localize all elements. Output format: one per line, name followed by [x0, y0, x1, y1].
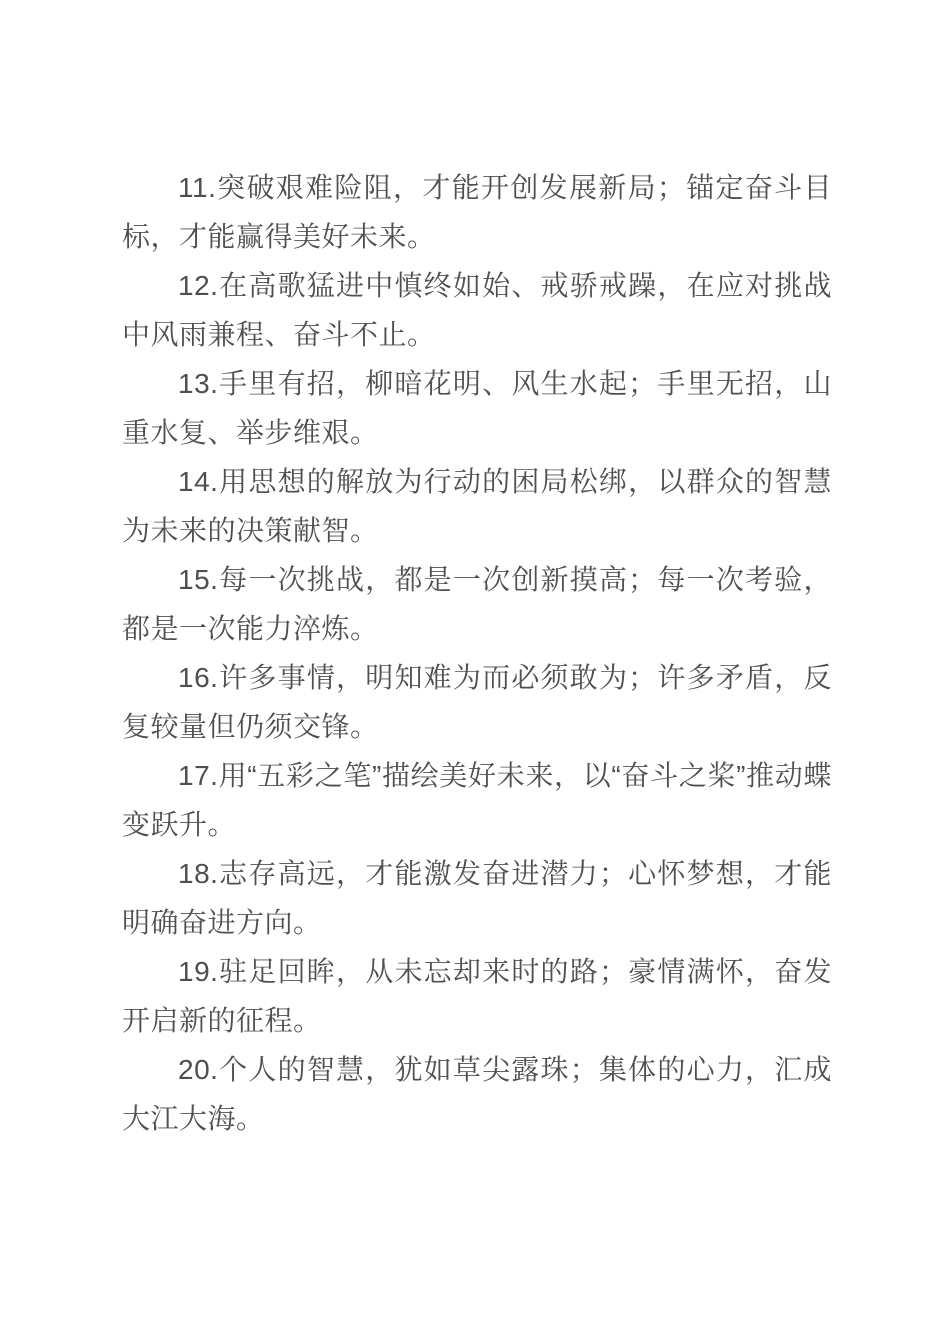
- paragraph-20: 20.个人的智慧，犹如草尖露珠；集体的心力，汇成大江大海。: [122, 1045, 832, 1143]
- document-page: 11.突破艰难险阻，才能开创发展新局；锚定奋斗目标，才能赢得美好未来。 12.在…: [0, 0, 950, 1344]
- paragraph-18: 18.志存高远，才能激发奋进潜力；心怀梦想，才能明确奋进方向。: [122, 849, 832, 947]
- paragraph-14: 14.用思想的解放为行动的困局松绑，以群众的智慧为未来的决策献智。: [122, 457, 832, 555]
- paragraph-13: 13.手里有招，柳暗花明、风生水起；手里无招，山重水复、举步维艰。: [122, 359, 832, 457]
- paragraph-15: 15.每一次挑战，都是一次创新摸高；每一次考验，都是一次能力淬炼。: [122, 555, 832, 653]
- paragraph-17: 17.用“五彩之笔”描绘美好未来，以“奋斗之桨”推动蝶变跃升。: [122, 751, 832, 849]
- document-body: 11.突破艰难险阻，才能开创发展新局；锚定奋斗目标，才能赢得美好未来。 12.在…: [122, 163, 832, 1143]
- paragraph-12: 12.在高歌猛进中慎终如始、戒骄戒躁，在应对挑战中风雨兼程、奋斗不止。: [122, 261, 832, 359]
- paragraph-11: 11.突破艰难险阻，才能开创发展新局；锚定奋斗目标，才能赢得美好未来。: [122, 163, 832, 261]
- paragraph-16: 16.许多事情，明知难为而必须敢为；许多矛盾，反复较量但仍须交锋。: [122, 653, 832, 751]
- paragraph-19: 19.驻足回眸，从未忘却来时的路；豪情满怀，奋发开启新的征程。: [122, 947, 832, 1045]
